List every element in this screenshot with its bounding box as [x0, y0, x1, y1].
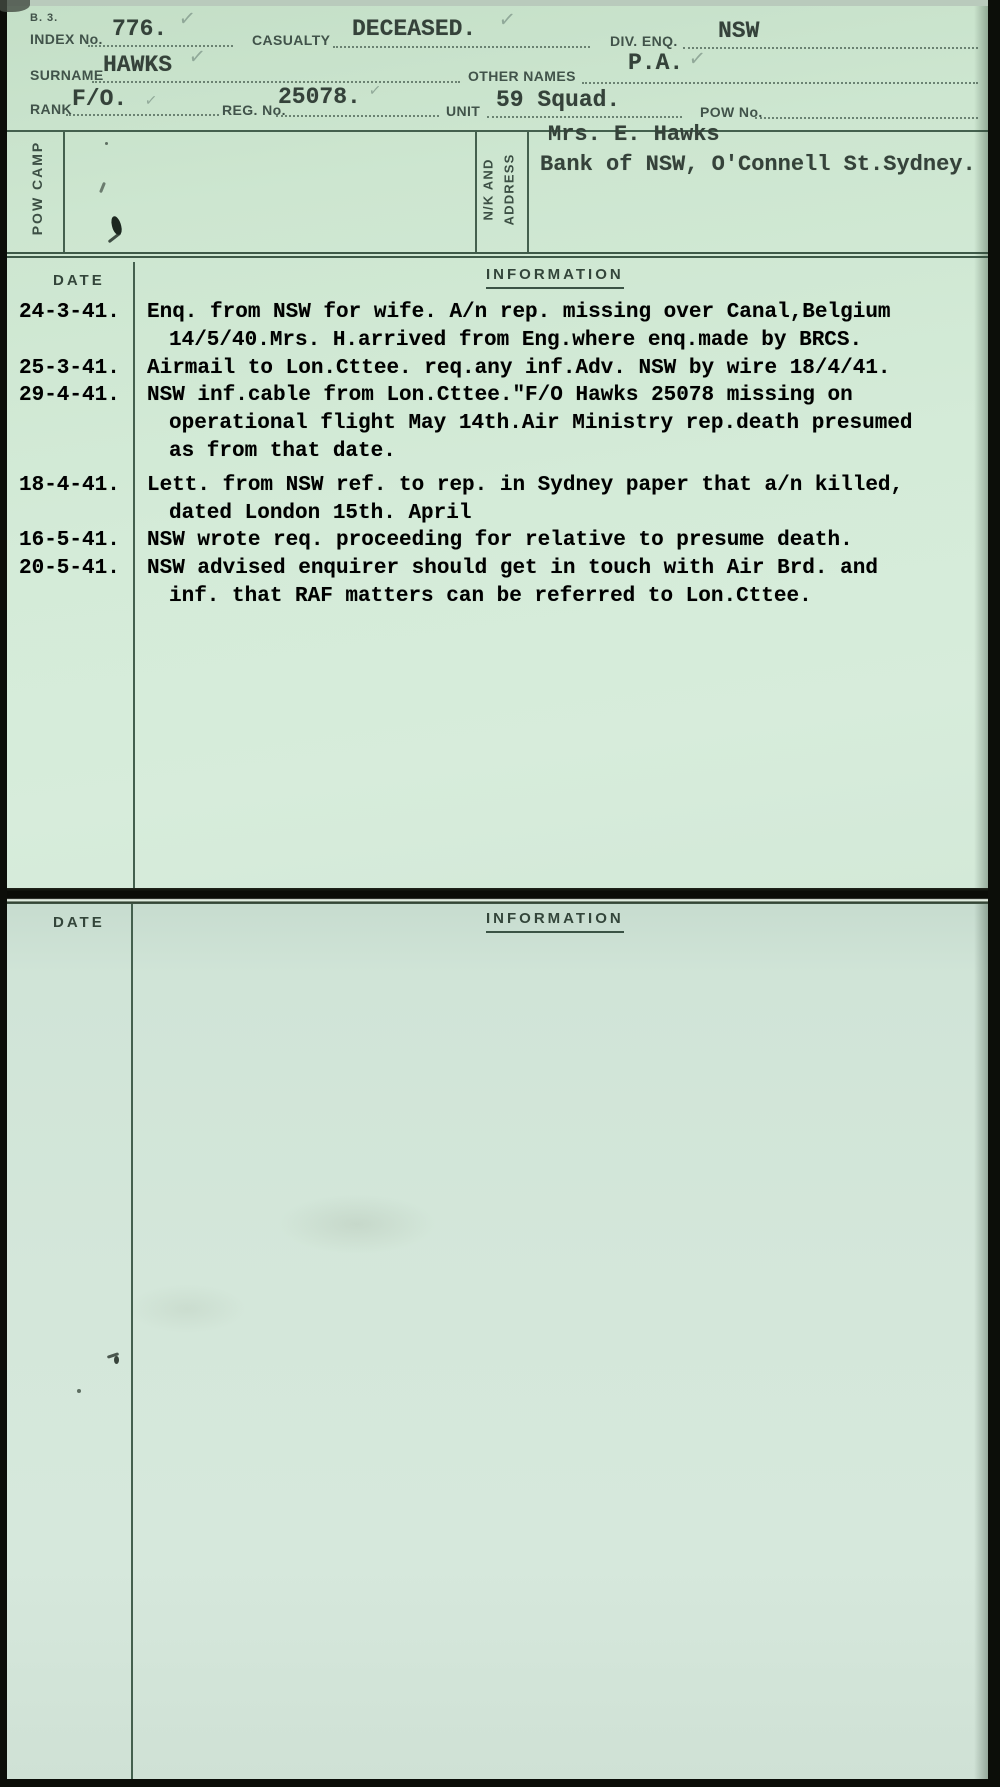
field-value-rank: F/O.: [72, 86, 127, 112]
entry-info: NSW advised enquirer should get in touch…: [147, 555, 878, 611]
entry-info-line: inf. that RAF matters can be referred to…: [147, 583, 878, 611]
pencil-checkmark-icon: ✓: [177, 5, 197, 34]
dotted-rule: [333, 46, 590, 48]
pencil-checkmark-icon: ✓: [368, 80, 383, 101]
entry-info-line: Airmail to Lon.Cttee. req.any inf.Adv. N…: [147, 355, 891, 383]
field-value-reg-no: 25078.: [278, 84, 361, 110]
entry-date: 20-5-41.: [19, 555, 140, 583]
table-row: 24-3-41.Enq. from NSW for wife. A/n rep.…: [19, 299, 985, 355]
nk-address-line-2: Bank of NSW, O'Connell St.Sydney.: [540, 152, 976, 177]
dotted-rule: [276, 115, 439, 117]
entry-info-line: Enq. from NSW for wife. A/n rep. missing…: [147, 299, 891, 327]
pencil-checkmark-icon: ✓: [687, 45, 707, 74]
dotted-rule: [582, 82, 978, 84]
table-row: 20-5-41.NSW advised enquirer should get …: [19, 555, 985, 611]
scan-edge-bottom: [0, 1779, 1000, 1787]
nk-box-divider-right: [527, 131, 529, 253]
field-value-index-no: 776.: [112, 16, 167, 42]
field-label-pow-no: POW No.: [700, 104, 763, 120]
stain: [277, 1194, 437, 1254]
scan-edge-right: [988, 0, 1000, 1787]
pow-box-bottom-double-rule: [7, 252, 988, 258]
entry-date: 16-5-41.: [19, 527, 140, 555]
entry-date: 24-3-41.: [19, 299, 140, 327]
field-label-div-enq: DIV. ENQ.: [610, 33, 678, 49]
scanned-card-sheet: B. 3. INDEX No. 776. ✓ CASUALTY DECEASED…: [0, 0, 1000, 1787]
ink-speck: [77, 1389, 81, 1393]
info-entries: 24-3-41.Enq. from NSW for wife. A/n rep.…: [19, 299, 985, 611]
field-value-casualty: DECEASED.: [352, 16, 476, 42]
entry-info-line: as from that date.: [147, 438, 913, 466]
dotted-rule: [66, 114, 219, 116]
date-header: DATE: [53, 272, 105, 289]
scan-edge-left: [0, 0, 7, 1787]
ink-blot: [99, 182, 106, 193]
entry-info-line: NSW wrote req. proceeding for relative t…: [147, 527, 853, 555]
field-value-other-names: P.A.: [628, 50, 683, 76]
address-label: ADDRESS: [502, 135, 517, 245]
table-row: 29-4-41.NSW inf.cable from Lon.Cttee."F/…: [19, 382, 985, 465]
dotted-rule: [88, 45, 233, 47]
entry-info-line: Lett. from NSW ref. to rep. in Sydney pa…: [147, 472, 903, 500]
dotted-rule: [755, 117, 978, 119]
entry-info: NSW inf.cable from Lon.Cttee."F/O Hawks …: [147, 382, 913, 465]
entry-info-line: 14/5/40.Mrs. H.arrived from Eng.where en…: [147, 327, 891, 355]
table-row: 16-5-41.NSW wrote req. proceeding for re…: [19, 527, 985, 555]
entry-info-line: NSW inf.cable from Lon.Cttee."F/O Hawks …: [147, 382, 913, 410]
entry-info: Enq. from NSW for wife. A/n rep. missing…: [147, 299, 891, 355]
ink-blot: [114, 1356, 119, 1364]
dotted-rule: [92, 81, 460, 83]
scan-edge-top: [7, 0, 988, 6]
pow-camp-label: POW CAMP: [29, 118, 45, 258]
dotted-rule: [487, 116, 682, 118]
field-label-casualty: CASUALTY: [252, 32, 330, 48]
ink-speck: [105, 142, 108, 145]
information-header: INFORMATION: [486, 910, 624, 933]
information-header: INFORMATION: [486, 266, 624, 289]
field-value-div-enq: NSW: [718, 18, 759, 44]
entry-date: 18-4-41.: [19, 472, 140, 500]
form-code: B. 3.: [30, 12, 58, 24]
nk-box-divider-left: [475, 131, 477, 253]
pow-index-card-front: B. 3. INDEX No. 776. ✓ CASUALTY DECEASED…: [7, 6, 988, 888]
date-header: DATE: [53, 914, 105, 931]
pow-box-divider: [63, 131, 65, 253]
field-value-unit: 59 Squad.: [496, 87, 620, 113]
table-row: 18-4-41.Lett. from NSW ref. to rep. in S…: [19, 472, 985, 528]
table-row: 25-3-41.Airmail to Lon.Cttee. req.any in…: [19, 355, 985, 383]
field-label-unit: UNIT: [446, 103, 480, 119]
entry-info-line: operational flight May 14th.Air Ministry…: [147, 410, 913, 438]
nk-address-line-1: Mrs. E. Hawks: [548, 122, 720, 147]
column-divider: [131, 904, 133, 1779]
entry-info-line: dated London 15th. April: [147, 500, 903, 528]
field-label-other-names: OTHER NAMES: [468, 68, 576, 84]
pow-box-top-rule: [7, 130, 988, 132]
dotted-rule: [683, 47, 978, 49]
stain: [127, 1284, 247, 1334]
pencil-checkmark-icon: ✓: [497, 6, 517, 35]
pencil-checkmark-icon: ✓: [187, 43, 207, 72]
card-separation-band: [0, 888, 1000, 904]
entry-info: NSW wrote req. proceeding for relative t…: [147, 527, 853, 555]
field-value-surname: HAWKS: [103, 52, 172, 78]
pow-index-card-back: DATE INFORMATION: [7, 904, 988, 1779]
pencil-checkmark-icon: ✓: [144, 90, 159, 111]
entry-info-line: NSW advised enquirer should get in touch…: [147, 555, 878, 583]
entry-info: Airmail to Lon.Cttee. req.any inf.Adv. N…: [147, 355, 891, 383]
entry-date: 29-4-41.: [19, 382, 140, 410]
nk-and-label: N/K AND: [481, 135, 496, 245]
entry-date: 25-3-41.: [19, 355, 140, 383]
entry-info: Lett. from NSW ref. to rep. in Sydney pa…: [147, 472, 903, 528]
